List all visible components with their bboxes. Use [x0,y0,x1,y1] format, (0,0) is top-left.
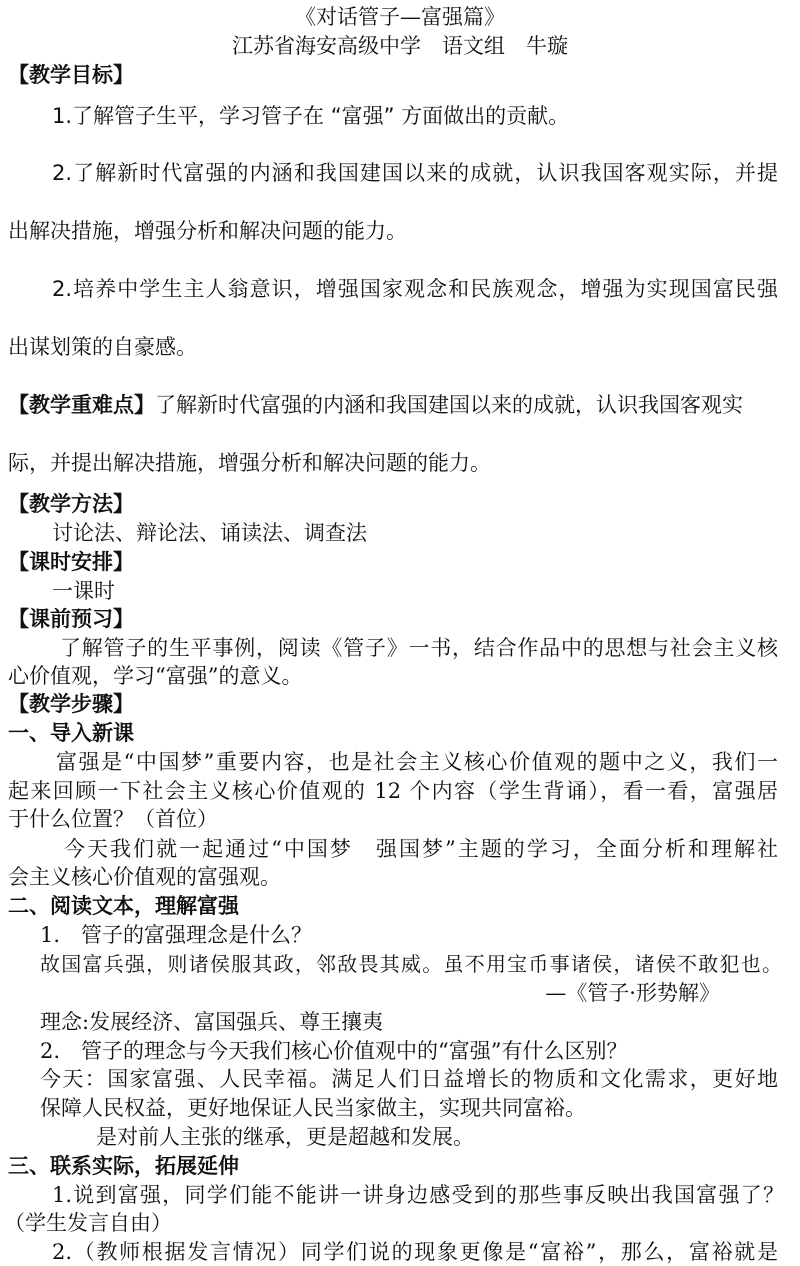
objective-item: 1.了解管子生平，学习管子在 “富强” 方面做出的贡献。 [52,103,800,129]
part2-conclusion: 是对前人主张的继承，更是超越和发展。 [96,1124,800,1150]
heading-key-points: 【教学重难点】 [8,393,155,417]
heading-methods: 【教学方法】 [8,491,800,517]
objective-item: 2.了解新时代富强的内涵和我国建国以来的成就，认识我国客观实际，并提 [52,160,778,186]
key-points-text-cont: 际，并提出解决措施，增强分析和解决问题的能力。 [8,450,800,476]
key-points-line: 【教学重难点】了解新时代富强的内涵和我国建国以来的成就，认识我国客观实 [8,392,778,418]
part2-concept: 理念:发展经济、富国强兵、尊王攘夷 [40,1009,800,1035]
part1-text: 于什么位置？（首位） [8,806,800,832]
document-title: 《对话管子—富强篇》 [0,4,800,30]
part2-quote-source: —《管子·形势解》 [545,980,720,1006]
part1-text: 今天我们就一起通过“中国梦 强国梦”主题的学习，全面分析和理解社 [64,836,778,862]
methods-text: 讨论法、辩论法、诵读法、调查法 [52,520,800,546]
objective-item: 2.培养中学生主人翁意识，增强国家观念和民族观念，增强为实现国富民强 [52,276,778,302]
key-points-text: 了解新时代富强的内涵和我国建国以来的成就，认识我国客观实 [155,393,743,417]
part2-today: 今天：国家富强、人民幸福。满足人们日益增长的物质和文化需求，更好地 [40,1066,778,1092]
heading-part1: 一、导入新课 [8,720,800,746]
author-line: 江苏省海安高级中学 语文组 牛璇 [0,33,800,59]
heading-objectives: 【教学目标】 [8,62,800,88]
part3-text: （学生发言自由） [4,1210,800,1236]
objective-item-cont: 出谋划策的自豪感。 [8,334,800,360]
part2-today-cont: 保障人民权益，更好地保证人民当家做主，实现共同富裕。 [40,1095,800,1121]
heading-part2: 二、阅读文本，理解富强 [8,893,800,919]
schedule-text: 一课时 [52,578,800,604]
part1-text: 会主义核心价值观的富强观。 [8,864,800,890]
preview-text: 了解管子的生平事例，阅读《管子》一书，结合作品中的思想与社会主义核 [60,635,778,661]
part2-quote: 故国富兵强，则诸侯服其政，邻敌畏其威。虽不用宝币事诸侯，诸侯不敢犯也。 [40,951,782,977]
part3-text: 2.（教师根据发言情况）同学们说的现象更像是“富裕”，那么，富裕就是 [52,1239,778,1265]
part3-text: 1.说到富强，同学们能不能讲一讲身边感受到的那些事反映出我国富强了？ [52,1182,784,1208]
heading-part3: 三、联系实际，拓展延伸 [8,1153,800,1179]
heading-schedule: 【课时安排】 [8,549,800,575]
part1-text: 富强是“中国梦”重要内容，也是社会主义核心价值观的题中之义，我们一 [56,749,778,775]
part1-text: 起来回顾一下社会主义核心价值观的 12 个内容（学生背诵），看一看，富强居 [8,778,778,804]
heading-preview: 【课前预习】 [8,606,800,632]
preview-text-cont: 心价值观，学习“富强”的意义。 [8,663,800,689]
heading-steps: 【教学步骤】 [8,691,800,717]
part2-question-2: 2. 管子的理念与今天我们核心价值观中的“富强”有什么区别？ [40,1038,800,1064]
part2-question-1: 1. 管子的富强理念是什么？ [40,922,800,948]
objective-item-cont: 出解决措施，增强分析和解决问题的能力。 [8,218,800,244]
